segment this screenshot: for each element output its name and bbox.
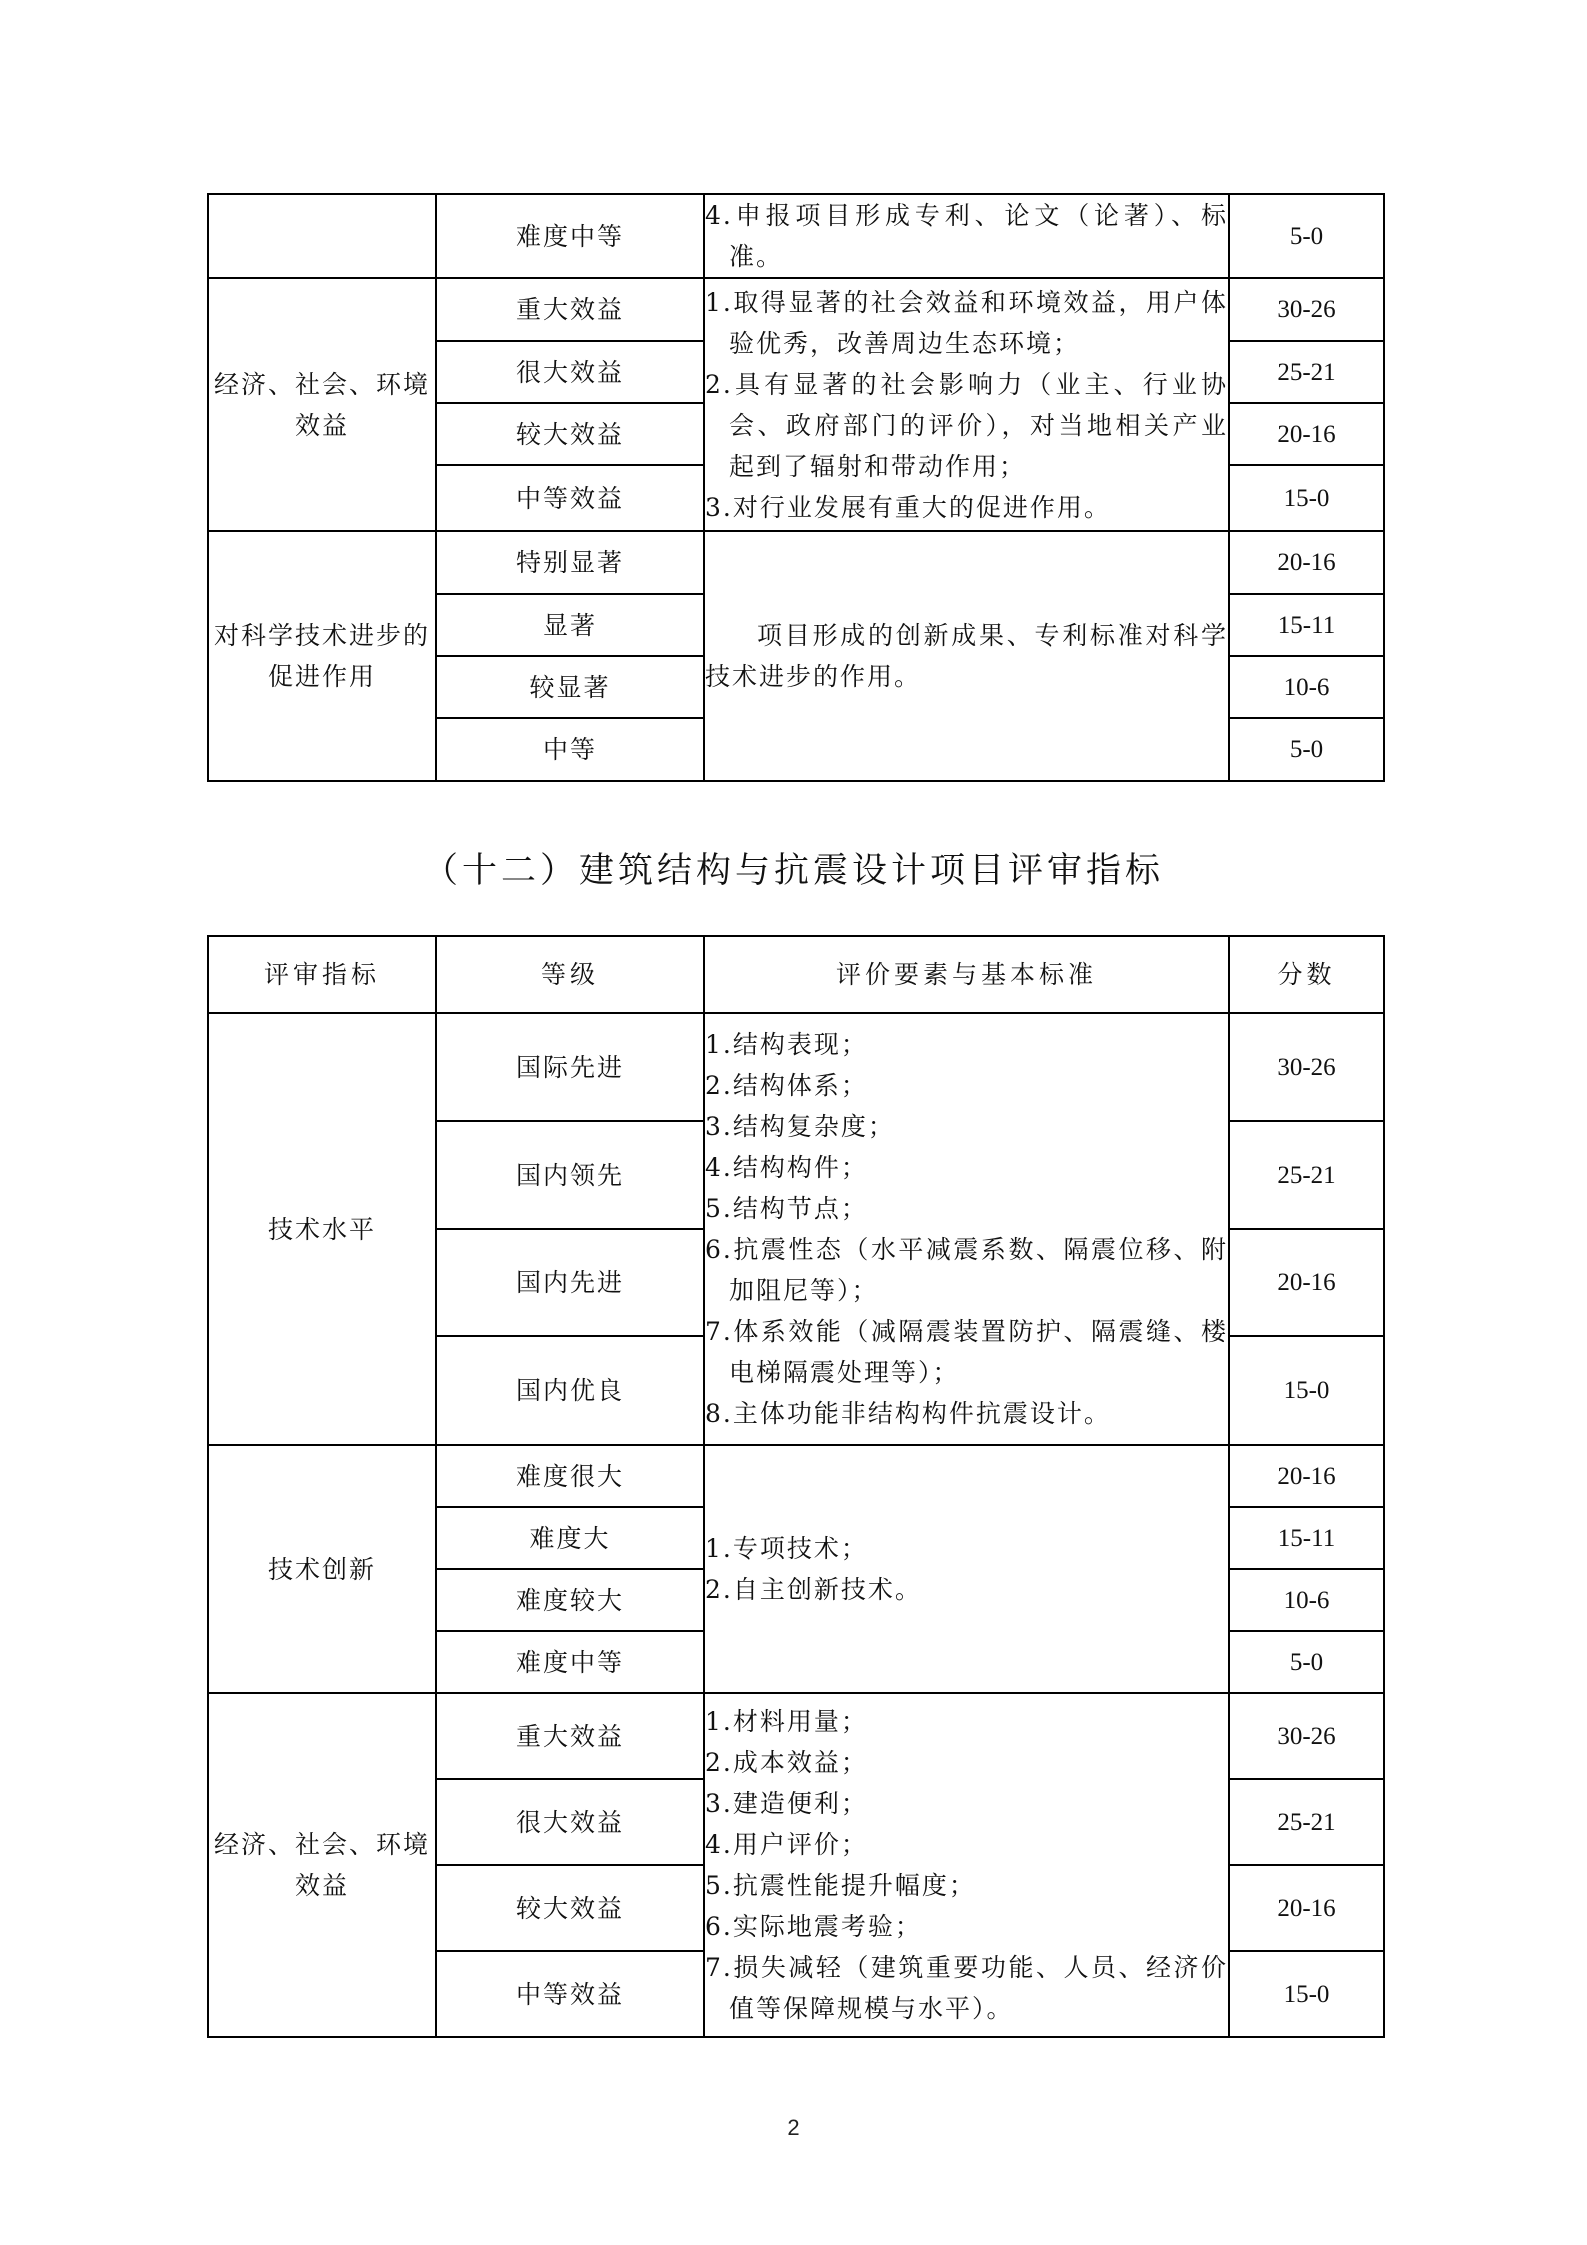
indicator-cell: 技术水平 [208,1013,436,1445]
criteria-cell: 1.专项技术； 2.自主创新技术。 [704,1445,1229,1693]
criteria-item: 2.自主创新技术。 [705,1569,1228,1610]
criteria-item: 2.结构体系； [705,1065,1228,1106]
table-row: 技术水平 国际先进 1.结构表现； 2.结构体系； 3.结构复杂度； 4.结构构… [208,1013,1384,1121]
table-row: 经济、社会、环境效益 重大效益 1.取得显著的社会效益和环境效益，用户体验优秀，… [208,278,1384,341]
score-cell: 25-21 [1229,1121,1384,1229]
grade-cell: 很大效益 [436,341,704,403]
continued-evaluation-table: 难度中等 4.申报项目形成专利、论文（论著）、标准。 5-0 经济、社会、环境效… [207,193,1385,782]
grade-cell: 难度较大 [436,1569,704,1631]
criteria-item: 1.取得显著的社会效益和环境效益，用户体验优秀，改善周边生态环境； [705,282,1228,364]
header-score: 分数 [1229,936,1384,1013]
score-cell: 5-0 [1229,194,1384,278]
grade-cell: 显著 [436,594,704,656]
score-cell: 15-0 [1229,1336,1384,1445]
score-cell: 30-26 [1229,1013,1384,1121]
grade-cell: 难度大 [436,1507,704,1569]
criteria-item: 3.结构复杂度； [705,1106,1228,1147]
score-cell: 20-16 [1229,1445,1384,1507]
score-cell: 10-6 [1229,656,1384,718]
score-cell: 15-0 [1229,465,1384,531]
grade-cell: 较大效益 [436,1865,704,1951]
criteria-paragraph: 项目形成的创新成果、专利标准对科学技术进步的作用。 [705,615,1228,697]
grade-cell: 国际先进 [436,1013,704,1121]
structural-evaluation-table: 评审指标 等级 评价要素与基本标准 分数 技术水平 国际先进 1.结构表现； 2… [207,935,1385,2038]
header-criteria: 评价要素与基本标准 [704,936,1229,1013]
criteria-item: 2.成本效益； [705,1742,1228,1783]
criteria-item: 7.损失减轻（建筑重要功能、人员、经济价值等保障规模与水平）。 [705,1947,1228,2029]
criteria-item: 6.实际地震考验； [705,1906,1228,1947]
score-cell: 30-26 [1229,1693,1384,1779]
table-row: 经济、社会、环境效益 重大效益 1.材料用量； 2.成本效益； 3.建造便利； … [208,1693,1384,1779]
criteria-item: 3.建造便利； [705,1783,1228,1824]
criteria-item: 5.结构节点； [705,1188,1228,1229]
score-cell: 20-16 [1229,1229,1384,1336]
grade-cell: 很大效益 [436,1779,704,1865]
table-header-row: 评审指标 等级 评价要素与基本标准 分数 [208,936,1384,1013]
criteria-item: 7.体系效能（减隔震装置防护、隔震缝、楼电梯隔震处理等）； [705,1311,1228,1393]
criteria-item: 4.结构构件； [705,1147,1228,1188]
grade-cell: 难度中等 [436,1631,704,1693]
score-cell: 5-0 [1229,1631,1384,1693]
criteria-item: 5.抗震性能提升幅度； [705,1865,1228,1906]
score-cell: 25-21 [1229,1779,1384,1865]
score-cell: 20-16 [1229,531,1384,594]
indicator-cell: 经济、社会、环境效益 [208,278,436,531]
score-cell: 20-16 [1229,403,1384,465]
score-cell: 15-11 [1229,1507,1384,1569]
criteria-item: 6.抗震性态（水平减震系数、隔震位移、附加阻尼等）； [705,1229,1228,1311]
indicator-cell [208,194,436,278]
indicator-cell: 对科学技术进步的促进作用 [208,531,436,781]
section-title: （十二）建筑结构与抗震设计项目评审指标 [0,843,1587,893]
table-row: 技术创新 难度很大 1.专项技术； 2.自主创新技术。 20-16 [208,1445,1384,1507]
criteria-item: 2.具有显著的社会影响力（业主、行业协会、政府部门的评价），对当地相关产业起到了… [705,364,1228,487]
grade-cell: 中等效益 [436,465,704,531]
criteria-cell: 1.取得显著的社会效益和环境效益，用户体验优秀，改善周边生态环境； 2.具有显著… [704,278,1229,531]
score-cell: 5-0 [1229,718,1384,781]
page-number: 2 [0,2115,1587,2141]
criteria-item: 4.用户评价； [705,1824,1228,1865]
grade-cell: 较显著 [436,656,704,718]
criteria-item: 4.申报项目形成专利、论文（论著）、标准。 [705,195,1228,277]
grade-cell: 较大效益 [436,403,704,465]
grade-cell: 中等 [436,718,704,781]
grade-cell: 重大效益 [436,278,704,341]
criteria-item: 1.结构表现； [705,1024,1228,1065]
grade-cell: 中等效益 [436,1951,704,2037]
grade-cell: 国内领先 [436,1121,704,1229]
criteria-cell: 1.材料用量； 2.成本效益； 3.建造便利； 4.用户评价； 5.抗震性能提升… [704,1693,1229,2037]
criteria-cell: 1.结构表现； 2.结构体系； 3.结构复杂度； 4.结构构件； 5.结构节点；… [704,1013,1229,1445]
score-cell: 10-6 [1229,1569,1384,1631]
score-cell: 25-21 [1229,341,1384,403]
criteria-cell: 项目形成的创新成果、专利标准对科学技术进步的作用。 [704,531,1229,781]
criteria-item: 3.对行业发展有重大的促进作用。 [705,487,1228,528]
grade-cell: 国内先进 [436,1229,704,1336]
score-cell: 30-26 [1229,278,1384,341]
indicator-cell: 技术创新 [208,1445,436,1693]
grade-cell: 国内优良 [436,1336,704,1445]
grade-cell: 特别显著 [436,531,704,594]
score-cell: 15-0 [1229,1951,1384,2037]
table-row: 对科学技术进步的促进作用 特别显著 项目形成的创新成果、专利标准对科学技术进步的… [208,531,1384,594]
grade-cell: 难度很大 [436,1445,704,1507]
score-cell: 20-16 [1229,1865,1384,1951]
score-cell: 15-11 [1229,594,1384,656]
grade-cell: 重大效益 [436,1693,704,1779]
indicator-cell: 经济、社会、环境效益 [208,1693,436,2037]
grade-cell: 难度中等 [436,194,704,278]
criteria-item: 1.专项技术； [705,1528,1228,1569]
table-row: 难度中等 4.申报项目形成专利、论文（论著）、标准。 5-0 [208,194,1384,278]
header-grade: 等级 [436,936,704,1013]
header-indicator: 评审指标 [208,936,436,1013]
criteria-item: 1.材料用量； [705,1701,1228,1742]
criteria-cell: 4.申报项目形成专利、论文（论著）、标准。 [704,194,1229,278]
criteria-item: 8.主体功能非结构构件抗震设计。 [705,1393,1228,1434]
